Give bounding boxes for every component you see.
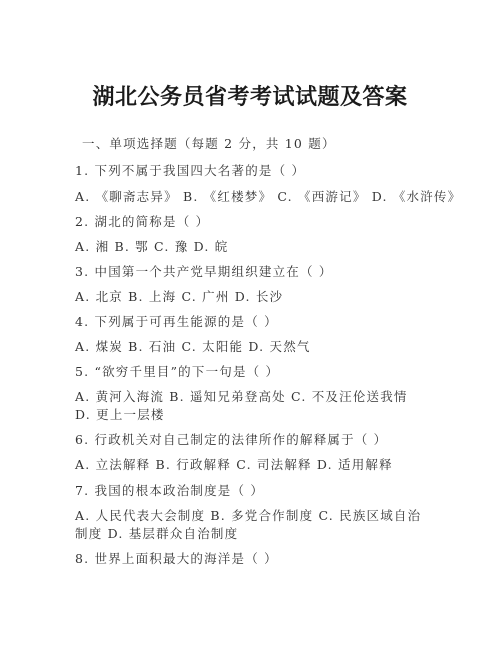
options-3: A. 北京 B. 上海 C. 广州 D. 长沙 (75, 288, 435, 306)
options-1: A. 《聊斋志异》 B. 《红楼梦》 C. 《西游记》 D. 《水浒传》 (75, 188, 435, 206)
options-5: A. 黄河入海流 B. 遥知兄弟登高处 C. 不及汪伦送我情 D. 更上一层楼 (75, 388, 420, 424)
document-title: 湖北公务员省考考试试题及答案 (0, 80, 500, 111)
question-2: 2. 湖北的简称是（ ） (75, 213, 435, 231)
section-heading: 一、单项选择题（每题 2 分，共 10 题） (82, 135, 442, 153)
question-3: 3. 中国第一个共产党早期组织建立在（ ） (75, 263, 435, 281)
options-2: A. 湘 B. 鄂 C. 豫 D. 皖 (75, 238, 435, 256)
options-4: A. 煤炭 B. 石油 C. 太阳能 D. 天然气 (75, 338, 435, 356)
question-5: 5. “欲穷千里目”的下一句是（ ） (75, 363, 435, 381)
question-1: 1. 下列不属于我国四大名著的是（ ） (75, 162, 435, 180)
options-7: A. 人民代表大会制度 B. 多党合作制度 C. 民族区域自治制度 D. 基层群… (75, 507, 425, 543)
question-7: 7. 我国的根本政治制度是（ ） (75, 482, 435, 500)
question-6: 6. 行政机关对自己制定的法律所作的解释属于（ ） (75, 431, 435, 449)
options-6: A. 立法解释 B. 行政解释 C. 司法解释 D. 适用解释 (75, 456, 435, 474)
question-8: 8. 世界上面积最大的海洋是（ ） (75, 550, 435, 568)
question-4: 4. 下列属于可再生能源的是（ ） (75, 313, 435, 331)
